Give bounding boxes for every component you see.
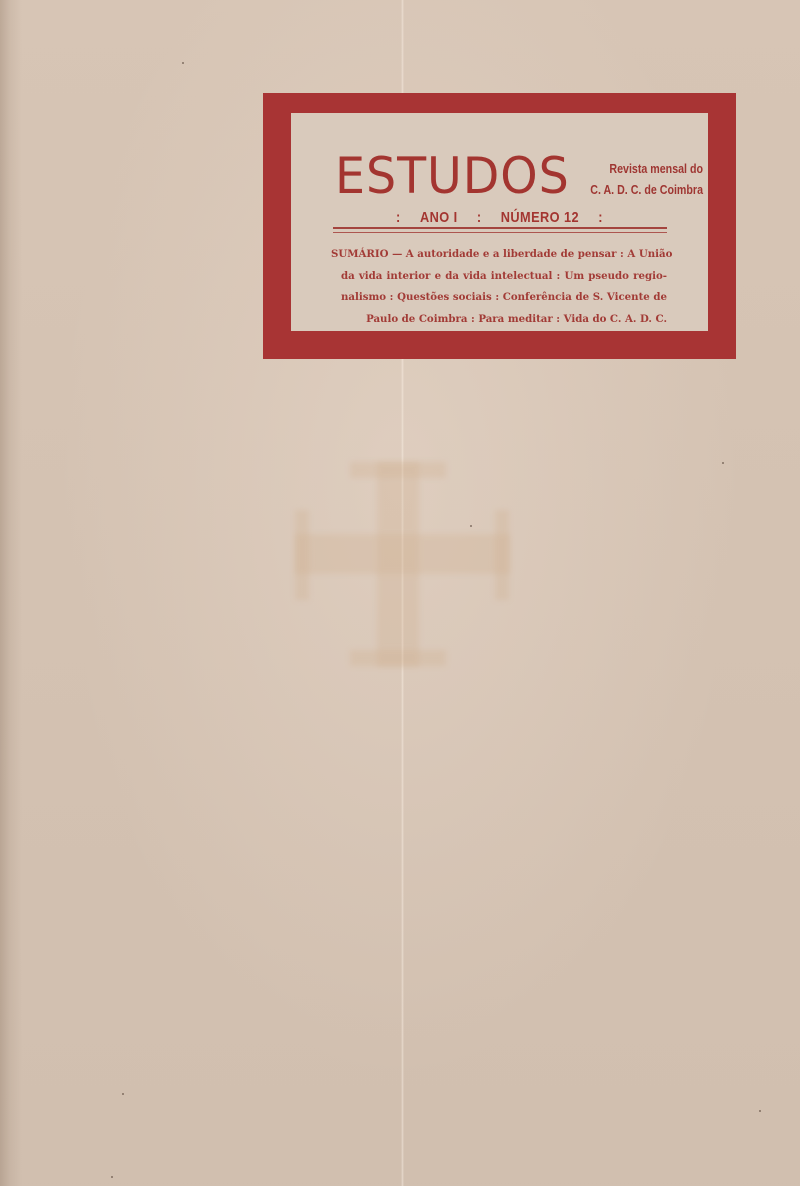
divider-rule-bottom [333,232,667,233]
issue-separator: : [396,209,401,226]
summary-line: Paulo de Coimbra : Para meditar : Vida d… [331,309,667,331]
issue-number: NÚMERO 12 [501,209,579,226]
subtitle-line-2: C. A. D. C. de Coimbra [567,179,703,200]
journal-subtitle: Revista mensal do C. A. D. C. de Coimbra [567,158,703,200]
subtitle-line-1: Revista mensal do [567,158,703,179]
divider-rule-top [333,227,667,229]
issue-separator: : [598,209,603,226]
masthead-frame: ESTUDOS Revista mensal do C. A. D. C. de… [263,93,736,359]
table-of-contents: SUMÁRIO — A autoridade e a liberdade de … [331,244,667,330]
masthead-panel: ESTUDOS Revista mensal do C. A. D. C. de… [291,113,708,331]
issue-line: : ANO I : NÚMERO 12 : [322,209,676,226]
paper-speck [111,1176,113,1178]
journal-title: ESTUDOS [335,151,570,201]
paper-speck [122,1093,124,1095]
paper-speck [182,62,184,64]
paper-speck [470,525,472,527]
paper-speck [759,1110,761,1112]
paper-speck [722,462,724,464]
issue-year: ANO I [420,209,458,226]
summary-line: SUMÁRIO — A autoridade e a liberdade de … [331,244,667,266]
summary-line: nalismo : Questões sociais : Conferência… [331,287,667,309]
summary-line: da vida interior e da vida intelectual :… [331,266,667,288]
cross-watermark-icon [295,462,510,667]
issue-separator: : [477,209,482,226]
